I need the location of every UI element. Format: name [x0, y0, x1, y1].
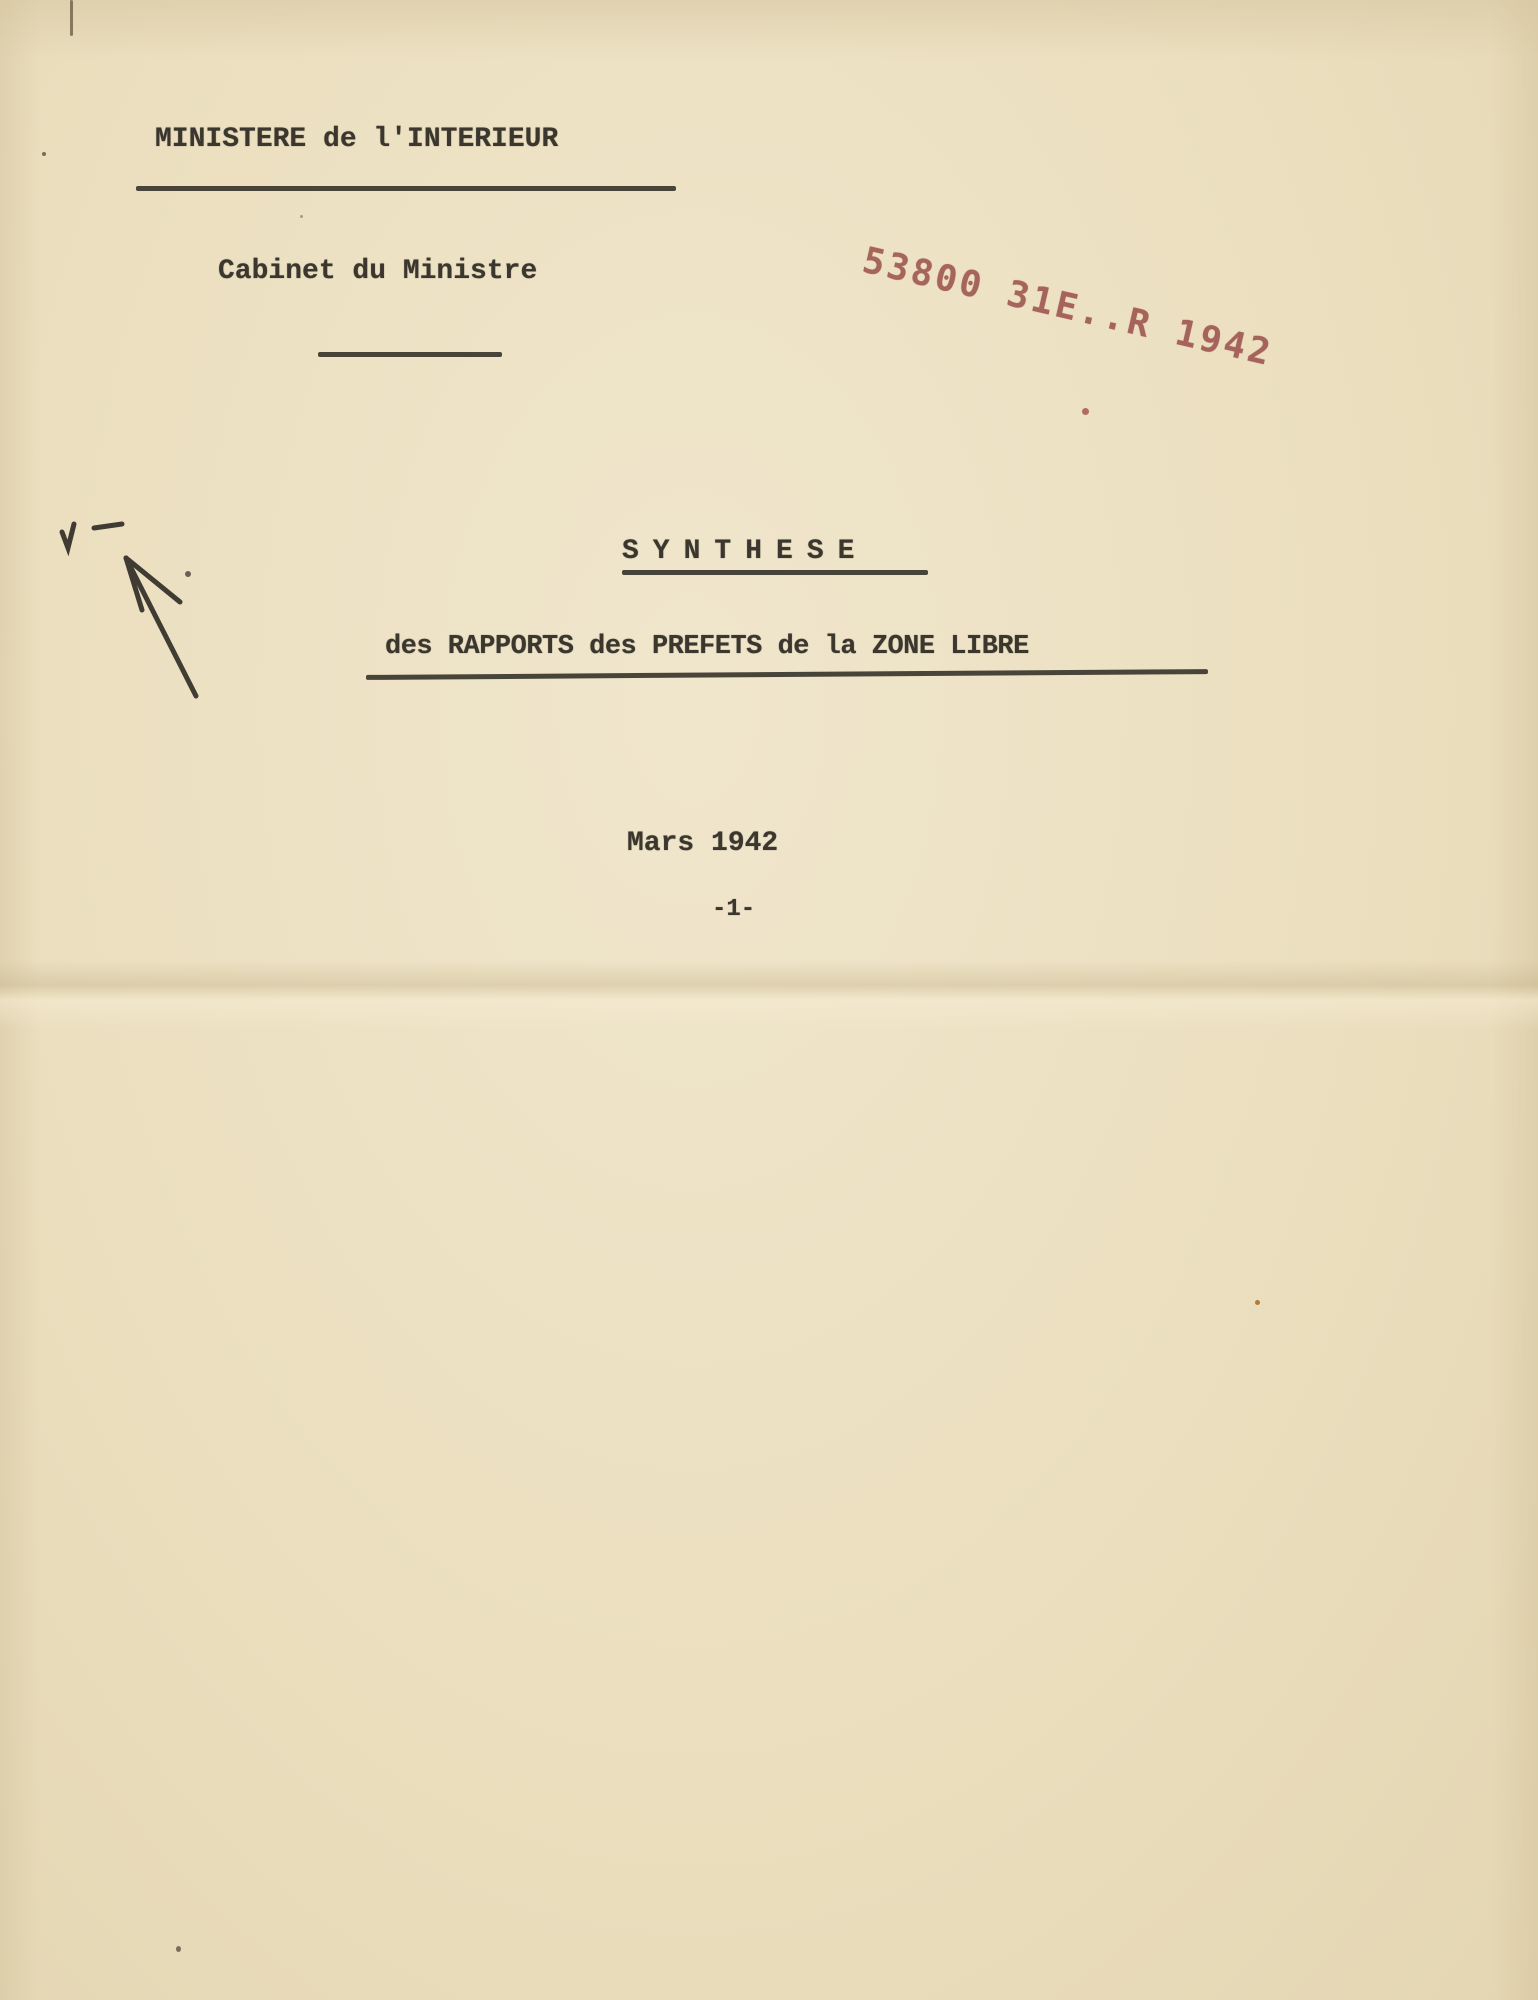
paper-background [0, 0, 1538, 2000]
arrow-up-left-icon [50, 510, 210, 710]
paper-speck [1255, 1300, 1260, 1305]
edge-mark [70, 0, 73, 36]
paper-speck [42, 152, 46, 156]
bleed-through-text [400, 44, 415, 69]
cabinet-heading: Cabinet du Ministre [218, 256, 537, 287]
document-date: Mars 1942 [627, 828, 778, 859]
ministry-underline [136, 186, 676, 191]
stamp-ink-dot [1082, 408, 1089, 415]
document-subtitle: des RAPPORTS des PREFETS de la ZONE LIBR… [385, 632, 1029, 662]
paper-speck [300, 215, 303, 218]
ministry-heading: MINISTERE de l'INTERIEUR [155, 124, 558, 155]
paper-speck [176, 1946, 181, 1952]
document-title: SYNTHESE [622, 536, 868, 567]
page-number: -1- [712, 896, 755, 923]
cabinet-separator [318, 352, 502, 357]
title-underline [622, 570, 928, 575]
